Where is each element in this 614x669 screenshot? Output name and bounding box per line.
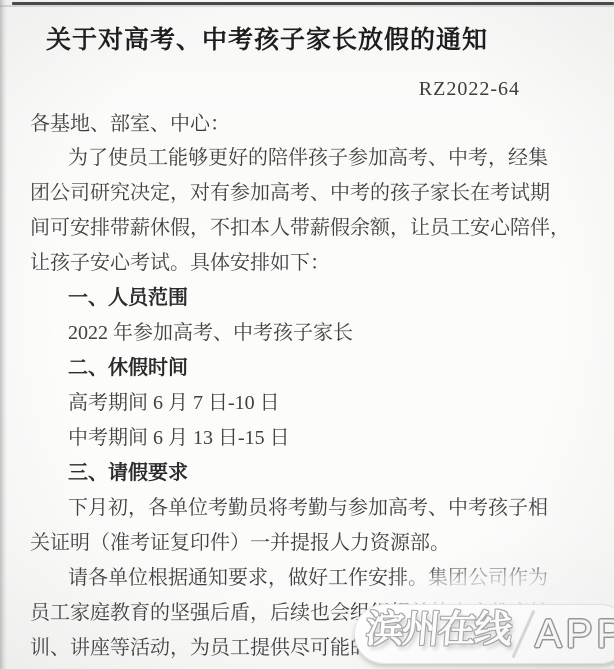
photo-top-edge-shadow [0, 5, 614, 7]
notice-title: 关于对高考、中考孩子家长放假的通知 [30, 22, 504, 60]
section-rules-heading: 三、请假要求 [30, 456, 584, 491]
intro-line: 间可安排带薪休假，不扣本人带薪假余额，让员工安心陪伴， [30, 211, 584, 246]
salutation: 各基地、部室、中心： [30, 112, 584, 136]
rules-paragraph: 下月初，各单位考勤员将考勤与参加高考、中考孩子相 关证明（准考证复印件）一并提报… [30, 491, 584, 561]
rules-line: 下月初，各单位考勤员将考勤与参加高考、中考孩子相 [30, 491, 584, 526]
section-scope-heading: 一、人员范围 [30, 281, 584, 316]
gaokao-period-line: 高考期间 6 月 7 日-10 日 [30, 386, 584, 421]
watermark-app-label: APP [535, 614, 614, 654]
doc-number: RZ2022-64 [30, 78, 584, 100]
section-time-heading: 二、休假时间 [30, 351, 584, 386]
intro-line: 让孩子安心考试。具体安排如下： [30, 246, 584, 281]
intro-paragraph: 为了使员工能够更好的陪伴孩子参加高考、中考，经集 团公司研究决定，对有参加高考、… [30, 141, 584, 281]
watermark-slash-divider [512, 610, 536, 659]
intro-line: 团公司研究决定，对有参加高考、中考的孩子家长在考试期 [30, 176, 584, 211]
watermark-site-name: 滨州在线 [364, 611, 511, 649]
zhongkao-period-line: 中考期间 6 月 13 日-15 日 [30, 421, 584, 456]
document-photo: 关于对高考、中考孩子家长放假的通知 RZ2022-64 各基地、部室、中心： 为… [0, 0, 614, 669]
intro-line: 为了使员工能够更好的陪伴孩子参加高考、中考，经集 [30, 141, 584, 176]
watermark-badge: 滨州在线 APP [354, 604, 614, 664]
photo-left-edge [0, 0, 7, 669]
rules-line: 关证明（准考证复印件）一并提报人力资源部。 [30, 526, 584, 561]
section-scope-line: 2022 年参加高考、中考孩子家长 [30, 316, 584, 351]
